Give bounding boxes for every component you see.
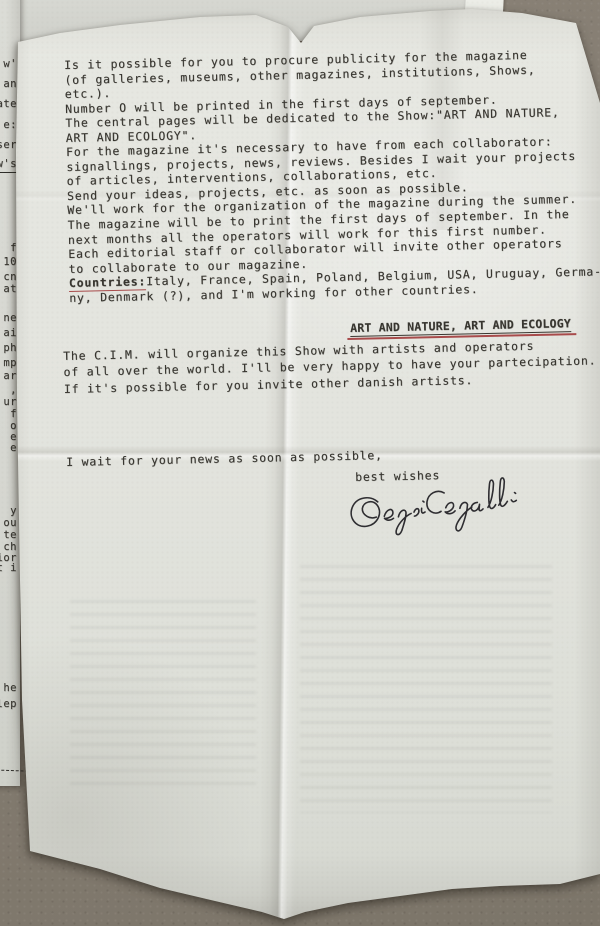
show-through-text	[300, 565, 552, 813]
letter-paragraph-2: The C.I.M. will organize this Show with …	[63, 336, 600, 397]
letter-paragraph-1: Is it possible for you to procure public…	[64, 46, 600, 305]
letter-sheet: Is it possible for you to procure public…	[0, 0, 600, 926]
show-title-text: ART AND NATURE, ART AND ECOLOGY	[350, 316, 571, 337]
show-through-text	[70, 600, 256, 788]
letter-photo-stage: w' an ate e: ser w's f 10 cn at ne ai ph…	[0, 0, 600, 926]
show-title-heading: ART AND NATURE, ART AND ECOLOGY	[350, 316, 571, 337]
letter-sheet-wrapper: Is it possible for you to procure public…	[0, 0, 600, 926]
